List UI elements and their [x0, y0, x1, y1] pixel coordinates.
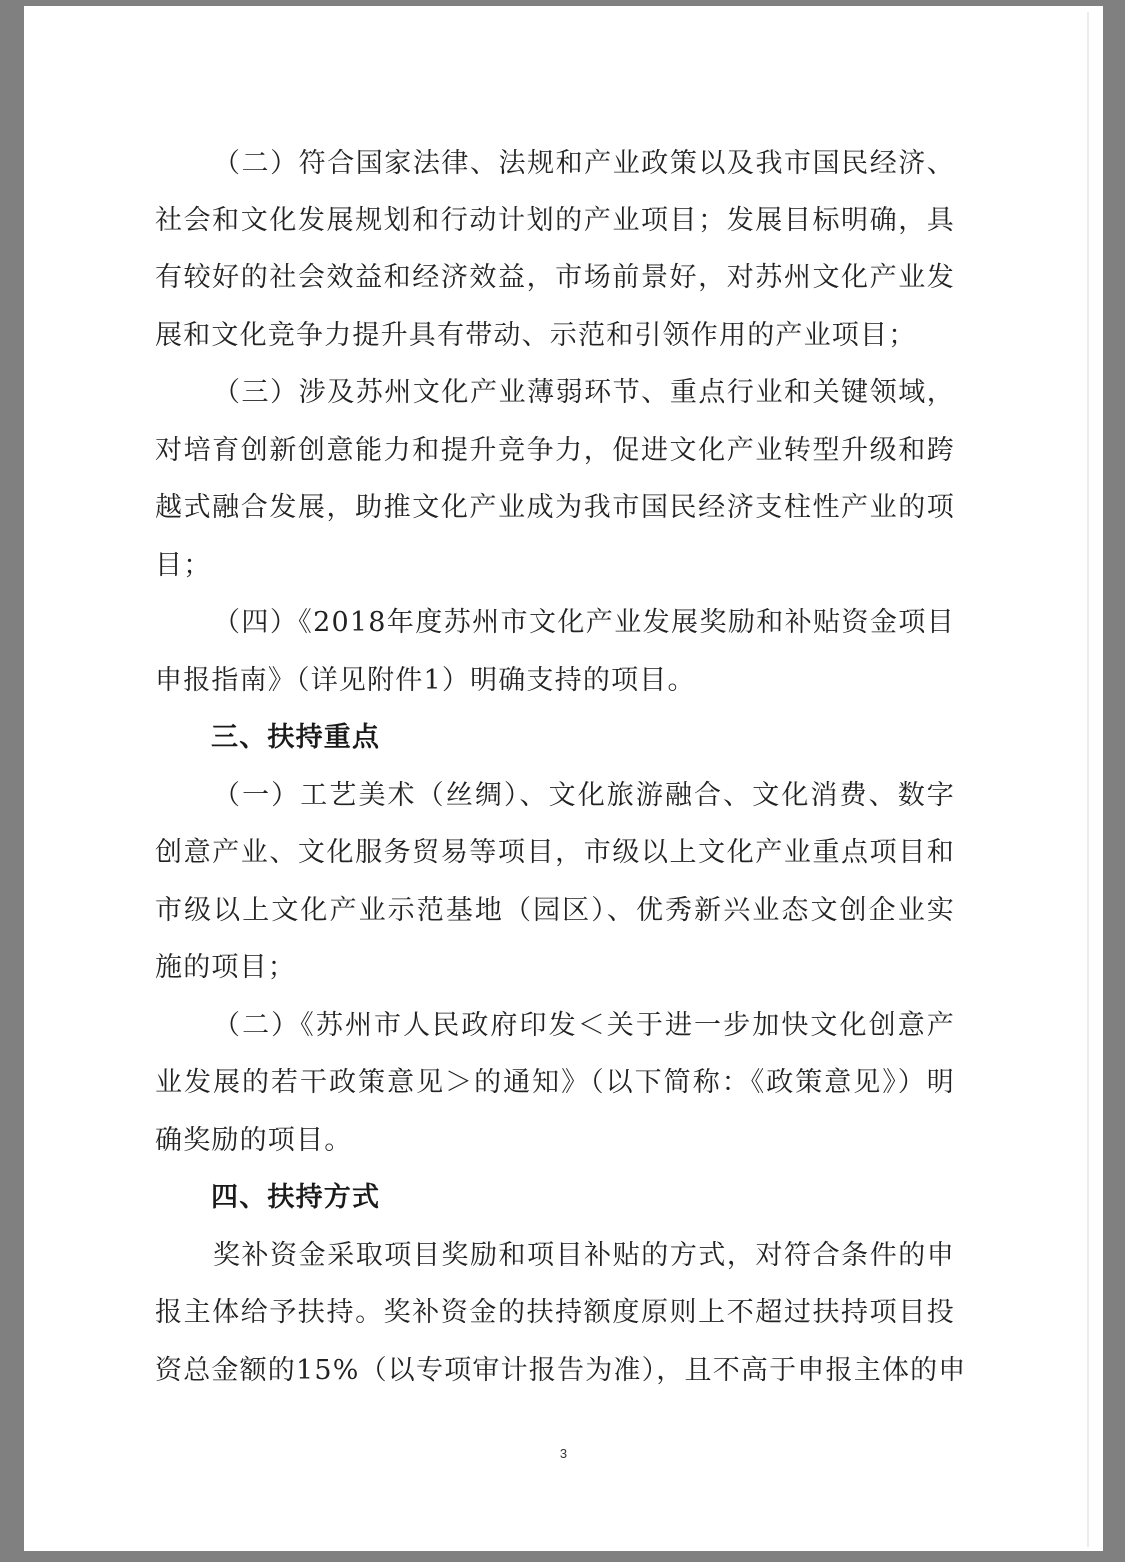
paragraph-line: 创意产业、文化服务贸易等项目，市级以上文化产业重点项目和: [155, 833, 955, 873]
paragraph-line: （四）《2018年度苏州市文化产业发展奖励和补贴资金项目: [213, 603, 955, 643]
paragraph-line: 业发展的若干政策意见＞的通知》（以下简称：《政策意见》）明: [155, 1063, 955, 1103]
paragraph-line: 资总金额的15%（以专项审计报告为准），且不高于申报主体的申: [155, 1351, 955, 1391]
paragraph-line: 越式融合发展，助推文化产业成为我市国民经济支柱性产业的项: [155, 488, 955, 528]
paragraph-line: 申报指南》（详见附件1）明确支持的项目。: [155, 661, 696, 701]
page-number: 3: [24, 1446, 1103, 1461]
paragraph-line: 市级以上文化产业示范基地（园区）、优秀新兴业态文创企业实: [155, 891, 955, 931]
paragraph-line: （一）工艺美术（丝绸）、文化旅游融合、文化消费、数字: [213, 776, 955, 816]
document-page: （二）符合国家法律、法规和产业政策以及我市国民经济、 社会和文化发展规划和行动计…: [24, 6, 1103, 1551]
paragraph-line: 对培育创新创意能力和提升竞争力，促进文化产业转型升级和跨: [155, 431, 955, 471]
paragraph-line: （二）《苏州市人民政府印发＜关于进一步加快文化创意产: [213, 1006, 955, 1046]
paragraph-line: 奖补资金采取项目奖励和项目补贴的方式，对符合条件的申: [213, 1236, 955, 1276]
scan-edge-line: [1087, 12, 1089, 1547]
paragraph-line: 目；: [155, 546, 211, 586]
paragraph-line: 展和文化竞争力提升具有带动、示范和引领作用的产业项目；: [155, 316, 916, 356]
paragraph-line: （三）涉及苏州文化产业薄弱环节、重点行业和关键领域，: [213, 373, 955, 413]
paragraph-line: 报主体给予扶持。奖补资金的扶持额度原则上不超过扶持项目投: [155, 1293, 955, 1333]
section-heading: 四、扶持方式: [211, 1178, 380, 1218]
paragraph-line: 有较好的社会效益和经济效益，市场前景好，对苏州文化产业发: [155, 258, 955, 298]
paragraph-line: 确奖励的项目。: [155, 1121, 352, 1161]
section-heading: 三、扶持重点: [211, 718, 380, 758]
paragraph-line: 社会和文化发展规划和行动计划的产业项目；发展目标明确，具: [155, 201, 955, 241]
paragraph-line: （二）符合国家法律、法规和产业政策以及我市国民经济、: [213, 144, 955, 184]
paragraph-line: 施的项目；: [155, 948, 296, 988]
